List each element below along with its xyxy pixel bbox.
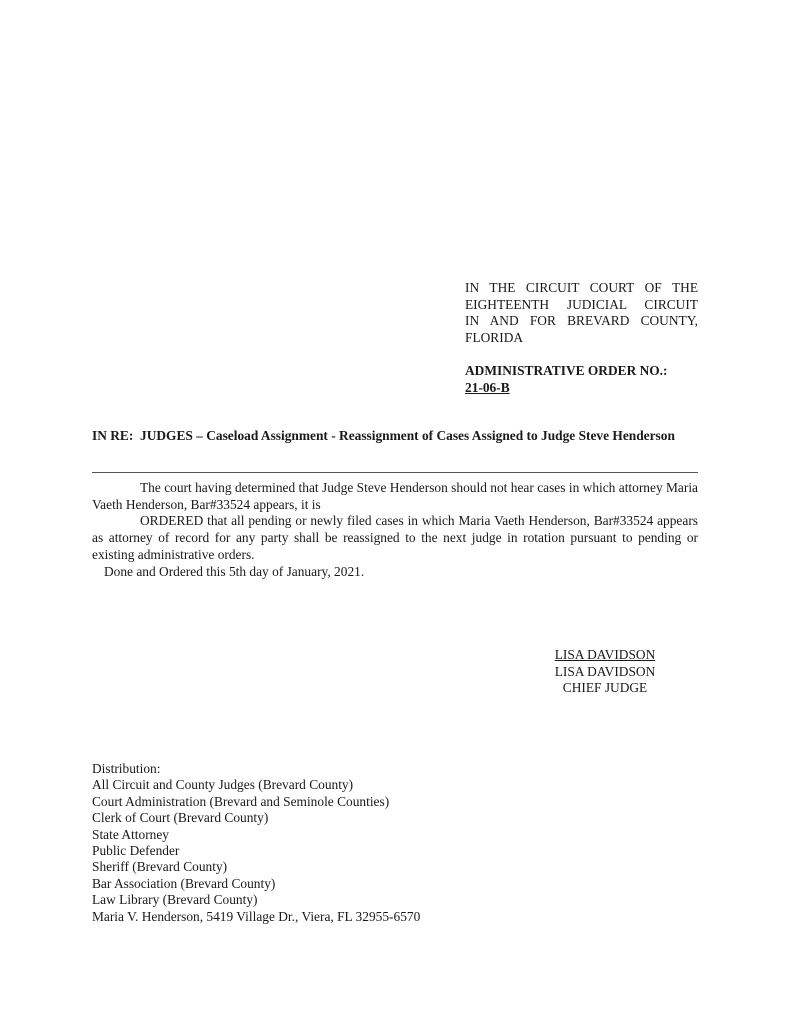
signature-block: LISA DAVIDSON LISA DAVIDSON CHIEF JUDGE (520, 647, 690, 697)
body-paragraph: The court having determined that Judge S… (92, 480, 698, 513)
distribution-recipient: Maria V. Henderson, 5419 Village Dr., Vi… (92, 909, 512, 925)
distribution-recipient: Court Administration (Brevard and Semino… (92, 794, 512, 810)
distribution-recipient: Public Defender (92, 843, 512, 859)
printed-name: LISA DAVIDSON (520, 664, 690, 681)
distribution-recipient: Clerk of Court (Brevard County) (92, 810, 512, 826)
distribution-recipient: All Circuit and County Judges (Brevard C… (92, 777, 512, 793)
body-paragraph: ORDERED that all pending or newly filed … (92, 513, 698, 563)
caption-line: IN AND FOR BREVARD COUNTY, (465, 313, 698, 330)
distribution-recipient: State Attorney (92, 827, 512, 843)
order-label: ADMINISTRATIVE ORDER NO.: (465, 363, 668, 378)
caption-line: EIGHTEENTH JUDICIAL CIRCUIT (465, 297, 698, 314)
order-body: The court having determined that Judge S… (92, 480, 698, 580)
distribution-recipient: Bar Association (Brevard County) (92, 876, 512, 892)
distribution-list: Distribution: All Circuit and County Jud… (92, 761, 512, 925)
distribution-heading: Distribution: (92, 761, 512, 777)
document-page: IN THE CIRCUIT COURT OF THE EIGHTEENTH J… (0, 0, 791, 1024)
administrative-order-number: ADMINISTRATIVE ORDER NO.: 21-06-B (465, 363, 705, 396)
horizontal-divider (92, 472, 698, 473)
in-re-subject: JUDGES – Caseload Assignment - Reassignm… (140, 428, 698, 445)
in-re-heading: IN RE: JUDGES – Caseload Assignment - Re… (92, 428, 698, 445)
distribution-recipient: Sheriff (Brevard County) (92, 859, 512, 875)
distribution-recipient: Law Library (Brevard County) (92, 892, 512, 908)
caption-line: FLORIDA (465, 330, 698, 347)
caption-line: IN THE CIRCUIT COURT OF THE (465, 280, 698, 297)
signer-title: CHIEF JUDGE (520, 680, 690, 697)
signed-name: LISA DAVIDSON (520, 647, 690, 664)
court-caption: IN THE CIRCUIT COURT OF THE EIGHTEENTH J… (465, 280, 698, 346)
order-number: 21-06-B (465, 380, 705, 397)
done-and-ordered: Done and Ordered this 5th day of January… (92, 564, 698, 581)
in-re-label: IN RE: (92, 428, 133, 445)
